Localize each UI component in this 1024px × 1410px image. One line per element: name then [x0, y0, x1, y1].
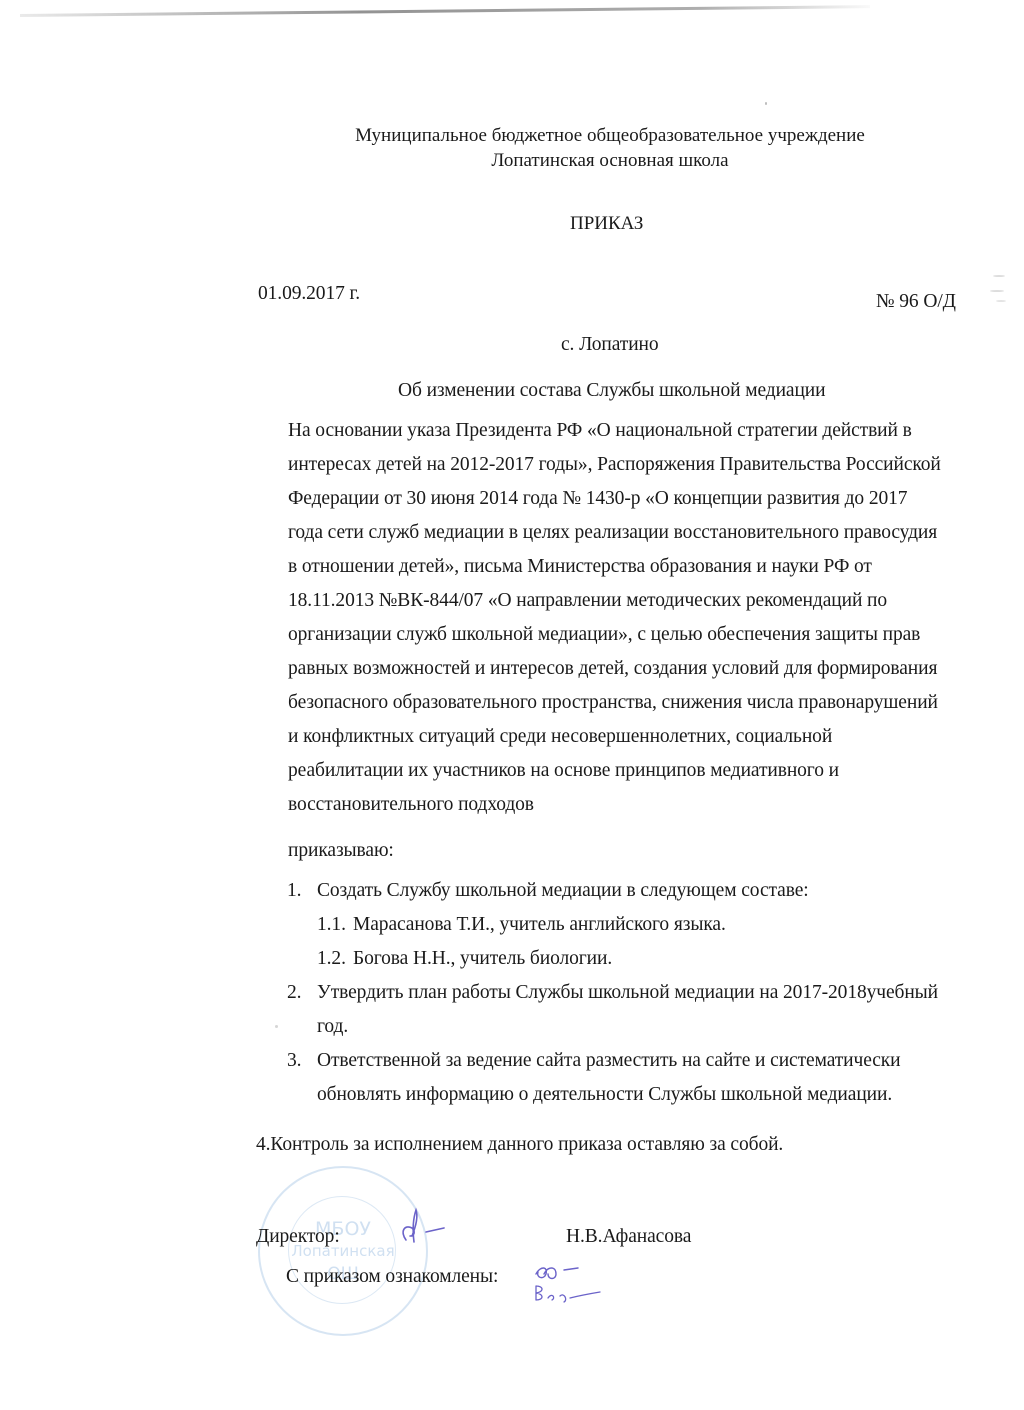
- item-text: Утвердить план работы Службы школьной ме…: [317, 982, 938, 1004]
- item-number: 1.1.: [317, 914, 346, 936]
- official-stamp: МБОУ Лопатинская ОШ: [258, 1166, 428, 1336]
- preamble-line: года сети служб медиации в целях реализа…: [288, 522, 937, 544]
- order-date: 01.09.2017 г.: [258, 283, 360, 305]
- document-type: ПРИКАЗ: [570, 213, 643, 235]
- preamble-line: интересах детей на 2012-2017 годы», Расп…: [288, 454, 941, 476]
- scan-speck: [996, 300, 1006, 302]
- scan-speck: [993, 275, 1005, 277]
- order-subject: Об изменении состава Службы школьной мед…: [398, 380, 825, 402]
- order-number: № 96 О/Д: [876, 291, 956, 313]
- scan-speck: [765, 102, 767, 105]
- order-word: приказываю:: [288, 840, 394, 862]
- item-text-continued: обновлять информацию о деятельности Служ…: [317, 1084, 892, 1106]
- place: с. Лопатино: [561, 334, 659, 356]
- preamble-line: Федерации от 30 июня 2014 года № 1430-р …: [288, 488, 907, 510]
- scan-speck: [990, 290, 1004, 292]
- acquainted-signature: [530, 1256, 610, 1306]
- preamble-line: 18.11.2013 №ВК-844/07 «О направлении мет…: [288, 590, 887, 612]
- item-text: Марасанова Т.И., учитель английского язы…: [353, 914, 726, 936]
- control-clause: 4.Контроль за исполнением данного приказ…: [256, 1134, 783, 1156]
- item-text: Богова Н.Н., учитель биологии.: [353, 948, 612, 970]
- item-text: Ответственной за ведение сайта разместит…: [317, 1050, 901, 1072]
- item-number: 2.: [287, 982, 301, 1004]
- acquainted-label: С приказом ознакомлены:: [286, 1266, 498, 1288]
- preamble-line: реабилитации их участников на основе при…: [288, 760, 839, 782]
- item-number: 1.2.: [317, 948, 346, 970]
- preamble-line: равных возможностей и интересов детей, с…: [288, 658, 937, 680]
- preamble-line: восстановительного подходов: [288, 794, 534, 816]
- item-text-continued: год.: [317, 1016, 348, 1038]
- director-signature: [392, 1206, 452, 1248]
- scan-speck: [275, 1025, 278, 1028]
- org-name-line1: Муниципальное бюджетное общеобразователь…: [0, 125, 1024, 147]
- preamble-line: в отношении детей», письма Министерства …: [288, 556, 872, 578]
- item-number: 1.: [287, 880, 301, 902]
- item-number: 3.: [287, 1050, 301, 1072]
- preamble-line: На основании указа Президента РФ «О наци…: [288, 420, 912, 442]
- preamble-line: безопасного образовательного пространств…: [288, 692, 938, 714]
- org-name-line2: Лопатинская основная школа: [0, 150, 1024, 172]
- preamble-line: организации служб школьной медиации», с …: [288, 624, 920, 646]
- preamble-line: и конфликтных ситуаций среди несовершенн…: [288, 726, 832, 748]
- scan-edge-line: [20, 5, 870, 17]
- item-text: Создать Службу школьной медиации в следу…: [317, 880, 809, 902]
- director-label: Директор:: [256, 1226, 340, 1248]
- director-name: Н.В.Афанасова: [566, 1226, 691, 1248]
